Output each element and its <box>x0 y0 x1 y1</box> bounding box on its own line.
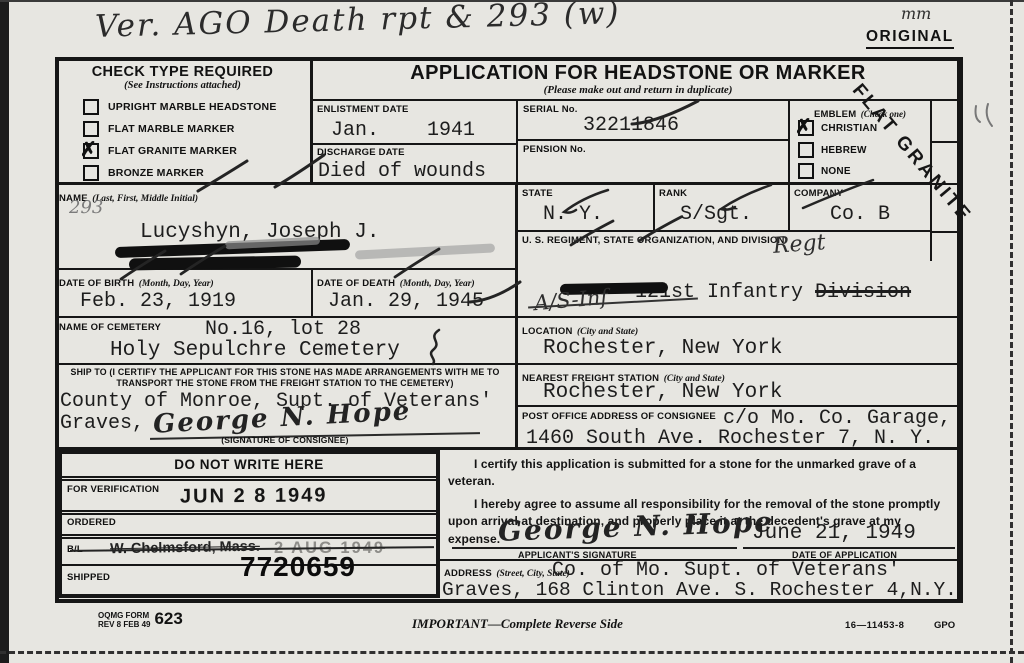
handwritten-regt-note: Regt <box>772 230 826 259</box>
scan-left-edge <box>0 0 9 663</box>
form-number: 623 <box>154 609 182 629</box>
state-label: STATE <box>522 188 553 199</box>
checkbox-bronze-marker: BRONZE MARKER <box>83 165 204 181</box>
checkbox-icon <box>83 121 99 137</box>
serial-no-label: SERIAL No. <box>523 104 578 115</box>
state-value: N. Y. <box>543 203 603 226</box>
applicant-address-line2: Graves, 168 Clinton Ave. S. Rochester 4,… <box>442 579 957 601</box>
ship-to-value-line2: Graves, <box>60 412 144 435</box>
rank-label: RANK <box>659 188 687 199</box>
pen-mark-icon <box>423 328 447 366</box>
name-field: NAME (Last, First, Middle Initial) 293 L… <box>55 185 518 270</box>
checkbox-label: BRONZE MARKER <box>108 167 204 179</box>
print-code: 16—11453-8 <box>845 620 904 631</box>
checkbox-label: UPRIGHT MARBLE HEADSTONE <box>108 101 277 113</box>
location-field: LOCATION (City and State) Rochester, New… <box>518 318 963 365</box>
date-line <box>743 547 955 549</box>
date-of-birth-value: Feb. 23, 1919 <box>80 290 236 313</box>
company-value: Co. B <box>830 203 890 226</box>
checkbox-label: NONE <box>821 166 851 177</box>
regiment-label: U. S. REGIMENT, STATE ORGANIZATION, AND … <box>522 235 785 246</box>
checkbox-none: NONE <box>798 163 851 179</box>
date-of-birth-field: DATE OF BIRTH (Month, Day, Year) Feb. 23… <box>55 270 313 318</box>
ordered-label: ORDERED <box>67 517 116 528</box>
enlistment-date-label: ENLISTMENT DATE <box>317 104 409 115</box>
name-label-note: (Last, First, Middle Initial) <box>92 194 198 204</box>
checkbox-icon <box>798 142 814 158</box>
location-label-note: (City and State) <box>577 327 638 337</box>
checkbox-icon <box>83 165 99 181</box>
cemetery-name-value: Holy Sepulchre Cemetery <box>110 339 400 362</box>
emblem-label-text: EMBLEM <box>814 109 856 120</box>
dob-label-note: (Month, Day, Year) <box>139 279 214 289</box>
important-note: IMPORTANT—Complete Reverse Side <box>412 616 623 632</box>
cemetery-label: NAME OF CEMETERY <box>59 322 161 333</box>
narrow-column-rule <box>930 141 963 143</box>
form-id-line2: REV 8 FEB 49 <box>98 620 150 629</box>
certification-section: I certify this application is submitted … <box>440 450 963 602</box>
cemetery-lot-value: No.16, lot 28 <box>205 318 361 341</box>
checkbox-icon <box>83 99 99 115</box>
date-of-death-field: DATE OF DEATH (Month, Day, Year) Jan. 29… <box>313 270 518 318</box>
rank-value: S/Sgt. <box>680 203 752 226</box>
checkbox-upright-marble-headstone: UPRIGHT MARBLE HEADSTONE <box>83 99 277 115</box>
checkbox-icon <box>83 143 99 159</box>
pension-no-field: PENSION No. <box>518 141 790 185</box>
checkbox-flat-marble-marker: FLAT MARBLE MARKER <box>83 121 234 137</box>
enlistment-date-field: ENLISTMENT DATE Jan. 1941 <box>313 101 518 145</box>
freight-station-value: Rochester, New York <box>543 381 782 404</box>
scan-bottom-perforation <box>0 651 1024 654</box>
regiment-field: U. S. REGIMENT, STATE ORGANIZATION, AND … <box>518 232 963 318</box>
bl-number-stamp: 7720659 <box>240 551 356 583</box>
rule <box>62 476 436 478</box>
shipped-label: SHIPPED <box>67 572 110 583</box>
checkbox-label: HEBREW <box>821 145 867 156</box>
freight-station-field: NEAREST FREIGHT STATION (City and State)… <box>518 365 963 407</box>
checkbox-icon <box>798 163 814 179</box>
rule <box>62 479 436 481</box>
scan-right-perforation <box>1010 0 1013 663</box>
discharge-date-value: Died of wounds <box>318 160 486 183</box>
consignee-address-label: POST OFFICE ADDRESS OF CONSIGNEE <box>522 411 716 422</box>
serial-no-value: 32211846 <box>583 114 679 137</box>
pencil-smudge <box>355 243 495 259</box>
pencil-mark-icon <box>972 100 998 130</box>
checkbox-hebrew: HEBREW <box>798 142 867 158</box>
checkbox-label: FLAT GRANITE MARKER <box>108 145 237 157</box>
checkbox-label: CHRISTIAN <box>821 123 877 134</box>
check-type-section: CHECK TYPE REQUIRED (See Instructions at… <box>55 57 313 185</box>
do-not-write-section: DO NOT WRITE HERE FOR VERIFICATION JUN 2… <box>58 450 440 598</box>
enlistment-date-value: Jan. 1941 <box>331 119 475 142</box>
check-type-subtitle: (See Instructions attached) <box>55 80 310 91</box>
ship-to-label: SHIP TO (I CERTIFY THE APPLICANT FOR THI… <box>55 367 515 389</box>
serial-no-field: SERIAL No. 32211846 <box>518 101 790 141</box>
consignee-signature-label: (SIGNATURE OF CONSIGNEE) <box>55 435 515 445</box>
checkbox-flat-granite-marker: FLAT GRANITE MARKER <box>83 143 237 159</box>
check-type-title: CHECK TYPE REQUIRED <box>55 64 310 80</box>
company-field: COMPANY Co. B <box>790 185 930 232</box>
rank-field: RANK S/Sgt. <box>655 185 790 232</box>
certification-para1: I certify this application is submitted … <box>448 456 951 491</box>
cemetery-field: NAME OF CEMETERY No.16, lot 28 Holy Sepu… <box>55 318 518 365</box>
original-label: ORIGINAL <box>866 28 954 49</box>
signature-line <box>452 547 737 549</box>
ship-to-field: SHIP TO (I CERTIFY THE APPLICANT FOR THI… <box>55 365 518 450</box>
date-of-death-value: Jan. 29, 1945 <box>328 290 484 313</box>
handwritten-top-note: Ver. AGO Death rpt & 293 (w) <box>95 0 621 45</box>
location-value: Rochester, New York <box>543 337 782 360</box>
discharge-date-label: DISCHARGE DATE <box>317 147 405 158</box>
consignee-address-field: POST OFFICE ADDRESS OF CONSIGNEE c/o Mo.… <box>518 407 963 450</box>
discharge-date-field: DISCHARGE DATE Died of wounds <box>313 145 518 185</box>
dob-label-text: DATE OF BIRTH <box>59 278 134 289</box>
regiment-value-struck: Division <box>815 281 911 304</box>
application-date-value: June 21, 1949 <box>752 522 916 545</box>
handwritten-mm-note: mm <box>901 4 931 23</box>
handwritten-name-note: 293 <box>69 197 103 218</box>
checkbox-christian: CHRISTIAN <box>798 120 877 136</box>
do-not-write-title: DO NOT WRITE HERE <box>62 457 436 472</box>
date-of-birth-label: DATE OF BIRTH (Month, Day, Year) <box>59 273 214 291</box>
checkbox-label: FLAT MARBLE MARKER <box>108 123 234 135</box>
consignee-address-line2: 1460 South Ave. Rochester 7, N. Y. <box>526 427 934 450</box>
date-of-death-label: DATE OF DEATH (Month, Day, Year) <box>317 273 475 291</box>
form-id-line1: OQMG FORM <box>98 611 150 620</box>
company-label: COMPANY <box>794 188 843 199</box>
form-id: OQMG FORM REV 8 FEB 49 623 <box>98 609 183 629</box>
rule <box>62 510 436 512</box>
scanned-form-page: Ver. AGO Death rpt & 293 (w) mm ORIGINAL… <box>0 0 1024 663</box>
dod-label-text: DATE OF DEATH <box>317 278 395 289</box>
state-field: STATE N. Y. <box>518 185 655 232</box>
rule <box>62 534 436 536</box>
address-label-text: ADDRESS <box>444 568 492 579</box>
gpo-label: GPO <box>934 620 955 631</box>
for-verification-label: FOR VERIFICATION <box>67 484 159 495</box>
rule <box>62 513 436 515</box>
redaction-smudge <box>129 256 301 271</box>
pension-no-label: PENSION No. <box>523 144 586 155</box>
location-label-text: LOCATION <box>522 326 573 337</box>
dod-label-note: (Month, Day, Year) <box>400 279 475 289</box>
checkbox-icon <box>798 120 814 136</box>
verification-date-stamp: JUN 2 8 1949 <box>180 484 328 508</box>
